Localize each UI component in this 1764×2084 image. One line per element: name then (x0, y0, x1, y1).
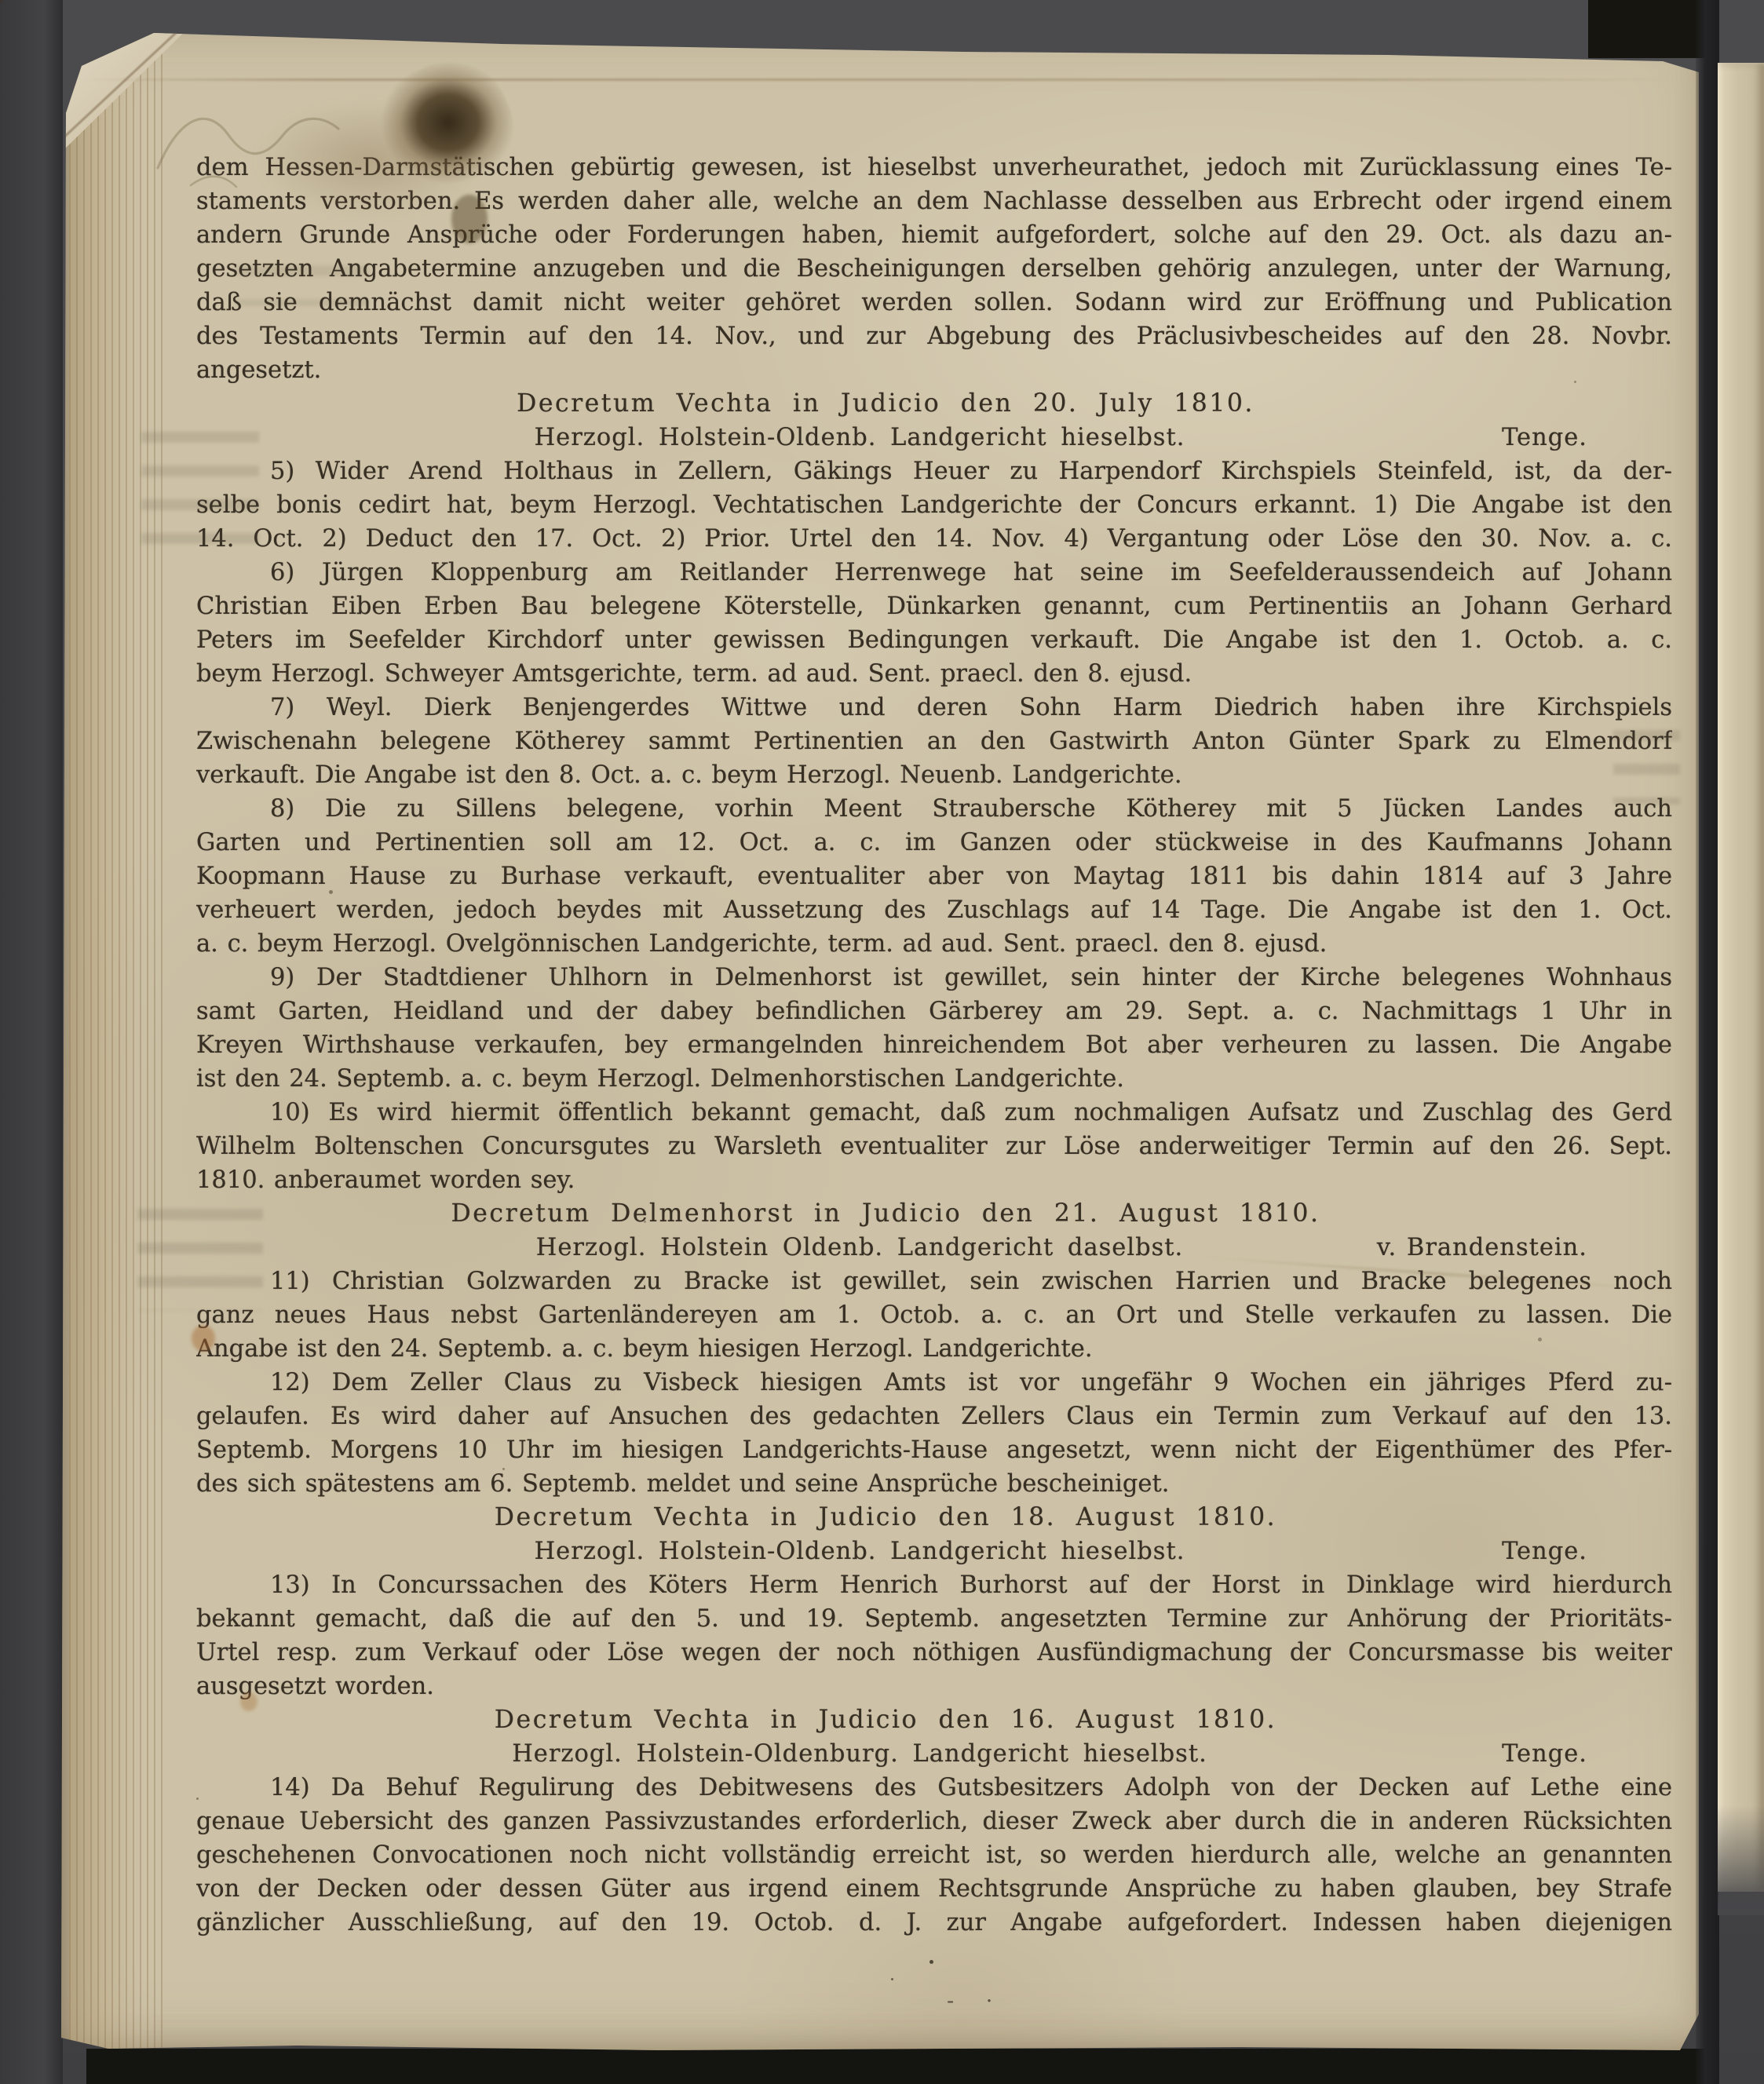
text-line: verheuert werden, jedoch beydes mit Auss… (196, 893, 1672, 927)
text-line: Urtel resp. zum Verkauf oder Löse wegen … (196, 1636, 1672, 1670)
footer-mark: - · (947, 1989, 1041, 2013)
rust-spot (240, 1692, 257, 1711)
text-lines: dem Hessen-Darmstätischen gebürtig gewes… (196, 151, 1672, 1940)
text-line: beym Herzogl. Schweyer Amtsgerichte, ter… (196, 657, 1672, 691)
text-line: daß sie demnächst damit nicht weiter geh… (196, 286, 1672, 319)
court-line: Herzogl. Holstein Oldenb. Landgericht da… (196, 1231, 1672, 1265)
text-line: 10) Es wird hiermit öffentlich bekannt g… (196, 1096, 1672, 1130)
text-line: Septemb. Morgens 10 Uhr im hiesigen Land… (196, 1433, 1672, 1467)
text-line: Angabe ist den 24. Septemb. a. c. beym h… (196, 1332, 1672, 1366)
text-line: Garten und Pertinentien soll am 12. Oct.… (196, 826, 1672, 860)
decree-heading-text: Decretum Vechta in Judicio den 16. Augus… (495, 1703, 1276, 1737)
decree-heading-text: Decretum Vechta in Judicio den 18. Augus… (495, 1501, 1276, 1535)
text-line: Peters im Seefelder Kirchdorf unter gewi… (196, 623, 1672, 657)
text-line: Kreyen Wirthshause verkaufen, bey ermang… (196, 1028, 1672, 1062)
court-label: Herzogl. Holstein Oldenb. Landgericht da… (536, 1231, 1183, 1265)
text-line: andern Grunde Ansprüche oder Forderungen… (196, 218, 1672, 252)
text-line: gänzlicher Ausschließung, auf den 19. Oc… (196, 1906, 1672, 1940)
bleedthrough-mark (141, 432, 259, 549)
text-line: gelaufen. Es wird daher auf Ansuchen des… (196, 1400, 1672, 1433)
ink-stain-tail (451, 195, 488, 243)
book-page: dem Hessen-Darmstätischen gebürtig gewes… (61, 20, 1699, 2053)
signature-name: Tenge. (1502, 1737, 1587, 1771)
text-line: ist den 24. Septemb. a. c. beym Herzogl.… (196, 1062, 1672, 1096)
text-line: a. c. beym Herzogl. Ovelgönnischen Landg… (196, 927, 1672, 961)
text-line: Christian Eiben Erben Bau belegene Köter… (196, 589, 1672, 623)
text-line: selbe bonis cedirt hat, beym Herzogl. Ve… (196, 488, 1672, 522)
text-line: 13) In Concurssachen des Köters Herm Hen… (196, 1568, 1672, 1602)
court-line: Herzogl. Holstein-Oldenb. Landgericht hi… (196, 1535, 1672, 1568)
signature-name: Tenge. (1502, 1535, 1587, 1568)
scanner-bed-bottom (86, 2049, 1711, 2084)
text-line: 7) Weyl. Dierk Benjengerdes Wittwe und d… (196, 691, 1672, 724)
court-label: Herzogl. Holstein-Oldenb. Landgericht hi… (535, 421, 1185, 454)
scan-background: dem Hessen-Darmstätischen gebürtig gewes… (0, 0, 1764, 2084)
page-gap-shadow (1696, 0, 1719, 2084)
adjacent-page-fade (1718, 1805, 1764, 1915)
court-label: Herzogl. Holstein-Oldenb. Landgericht hi… (535, 1535, 1185, 1568)
text-line: samt Garten, Heidland und der dabey befi… (196, 995, 1672, 1028)
black-cover-tab (1588, 0, 1714, 58)
court-line: Herzogl. Holstein-Oldenb. Landgericht hi… (196, 421, 1672, 454)
text-line: Wilhelm Boltenschen Concursgutes zu Wars… (196, 1130, 1672, 1163)
decree-heading: Decretum Vechta in Judicio den 20. July … (196, 387, 1672, 421)
text-line: 12) Dem Zeller Claus zu Visbeck hiesigen… (196, 1366, 1672, 1400)
text-line: des Testaments Termin auf den 14. Nov., … (196, 319, 1672, 353)
text-line: des sich spätestens am 6. Septemb. melde… (196, 1467, 1672, 1501)
text-line: von der Decken oder dessen Güter aus irg… (196, 1872, 1672, 1906)
text-line: 5) Wider Arend Holthaus in Zellern, Gäki… (196, 454, 1672, 488)
text-line: Koopmann Hause zu Burhase verkauft, even… (196, 860, 1672, 893)
bleedthrough-mark (1613, 730, 1680, 805)
text-line: bekannt gemacht, daß die auf den 5. und … (196, 1602, 1672, 1636)
bleedthrough-mark (236, 265, 369, 306)
text-line: 14. Oct. 2) Deduct den 17. Oct. 2) Prior… (196, 522, 1672, 556)
text-line: 1810. anberaumet worden sey. (196, 1163, 1672, 1197)
decree-heading: Decretum Vechta in Judicio den 16. Augus… (196, 1703, 1672, 1737)
paper-speck (0, 0, 2, 2)
decree-heading: Decretum Delmenhorst in Judicio den 21. … (196, 1197, 1672, 1231)
text-line: ausgesetzt worden. (196, 1670, 1672, 1703)
court-label: Herzogl. Holstein-Oldenburg. Landgericht… (512, 1737, 1207, 1771)
text-line: Zwischenahn belegene Kötherey sammt Pert… (196, 724, 1672, 758)
text-line: geschehenen Convocationen noch nicht vol… (196, 1838, 1672, 1872)
decree-heading: Decretum Vechta in Judicio den 18. Augus… (196, 1501, 1672, 1535)
text-line: ganz neues Haus nebst Gartenländereyen a… (196, 1298, 1672, 1332)
text-line: verkauft. Die Angabe ist den 8. Oct. a. … (196, 758, 1672, 792)
decree-heading-text: Decretum Delmenhorst in Judicio den 21. … (451, 1197, 1320, 1231)
page-binding-edge (69, 20, 163, 2053)
text-line: angesetzt. (196, 353, 1672, 387)
adjacent-page-edge (1718, 63, 1764, 1892)
text-line: genaue Uebersicht des ganzen Passivzusta… (196, 1805, 1672, 1838)
text-line: 14) Da Behuf Regulirung des Debitwesens … (196, 1771, 1672, 1805)
court-line: Herzogl. Holstein-Oldenburg. Landgericht… (196, 1737, 1672, 1771)
text-line: 8) Die zu Sillens belegene, vorhin Meent… (196, 792, 1672, 826)
decree-heading-text: Decretum Vechta in Judicio den 20. July … (517, 387, 1255, 421)
text-line: 11) Christian Golzwarden zu Bracke ist g… (196, 1265, 1672, 1298)
bleedthrough-mark (137, 1209, 263, 1311)
signature-name: v. Brandenstein. (1377, 1231, 1587, 1265)
signature-name: Tenge. (1502, 421, 1587, 454)
rust-spot (192, 1325, 215, 1352)
scanner-bed-left (0, 0, 63, 2084)
text-line: 9) Der Stadtdiener Uhlhorn in Delmenhors… (196, 961, 1672, 995)
text-line: gesetzten Angabetermine anzugeben und di… (196, 252, 1672, 286)
text-line: 6) Jürgen Kloppenburg am Reitlander Herr… (196, 556, 1672, 589)
